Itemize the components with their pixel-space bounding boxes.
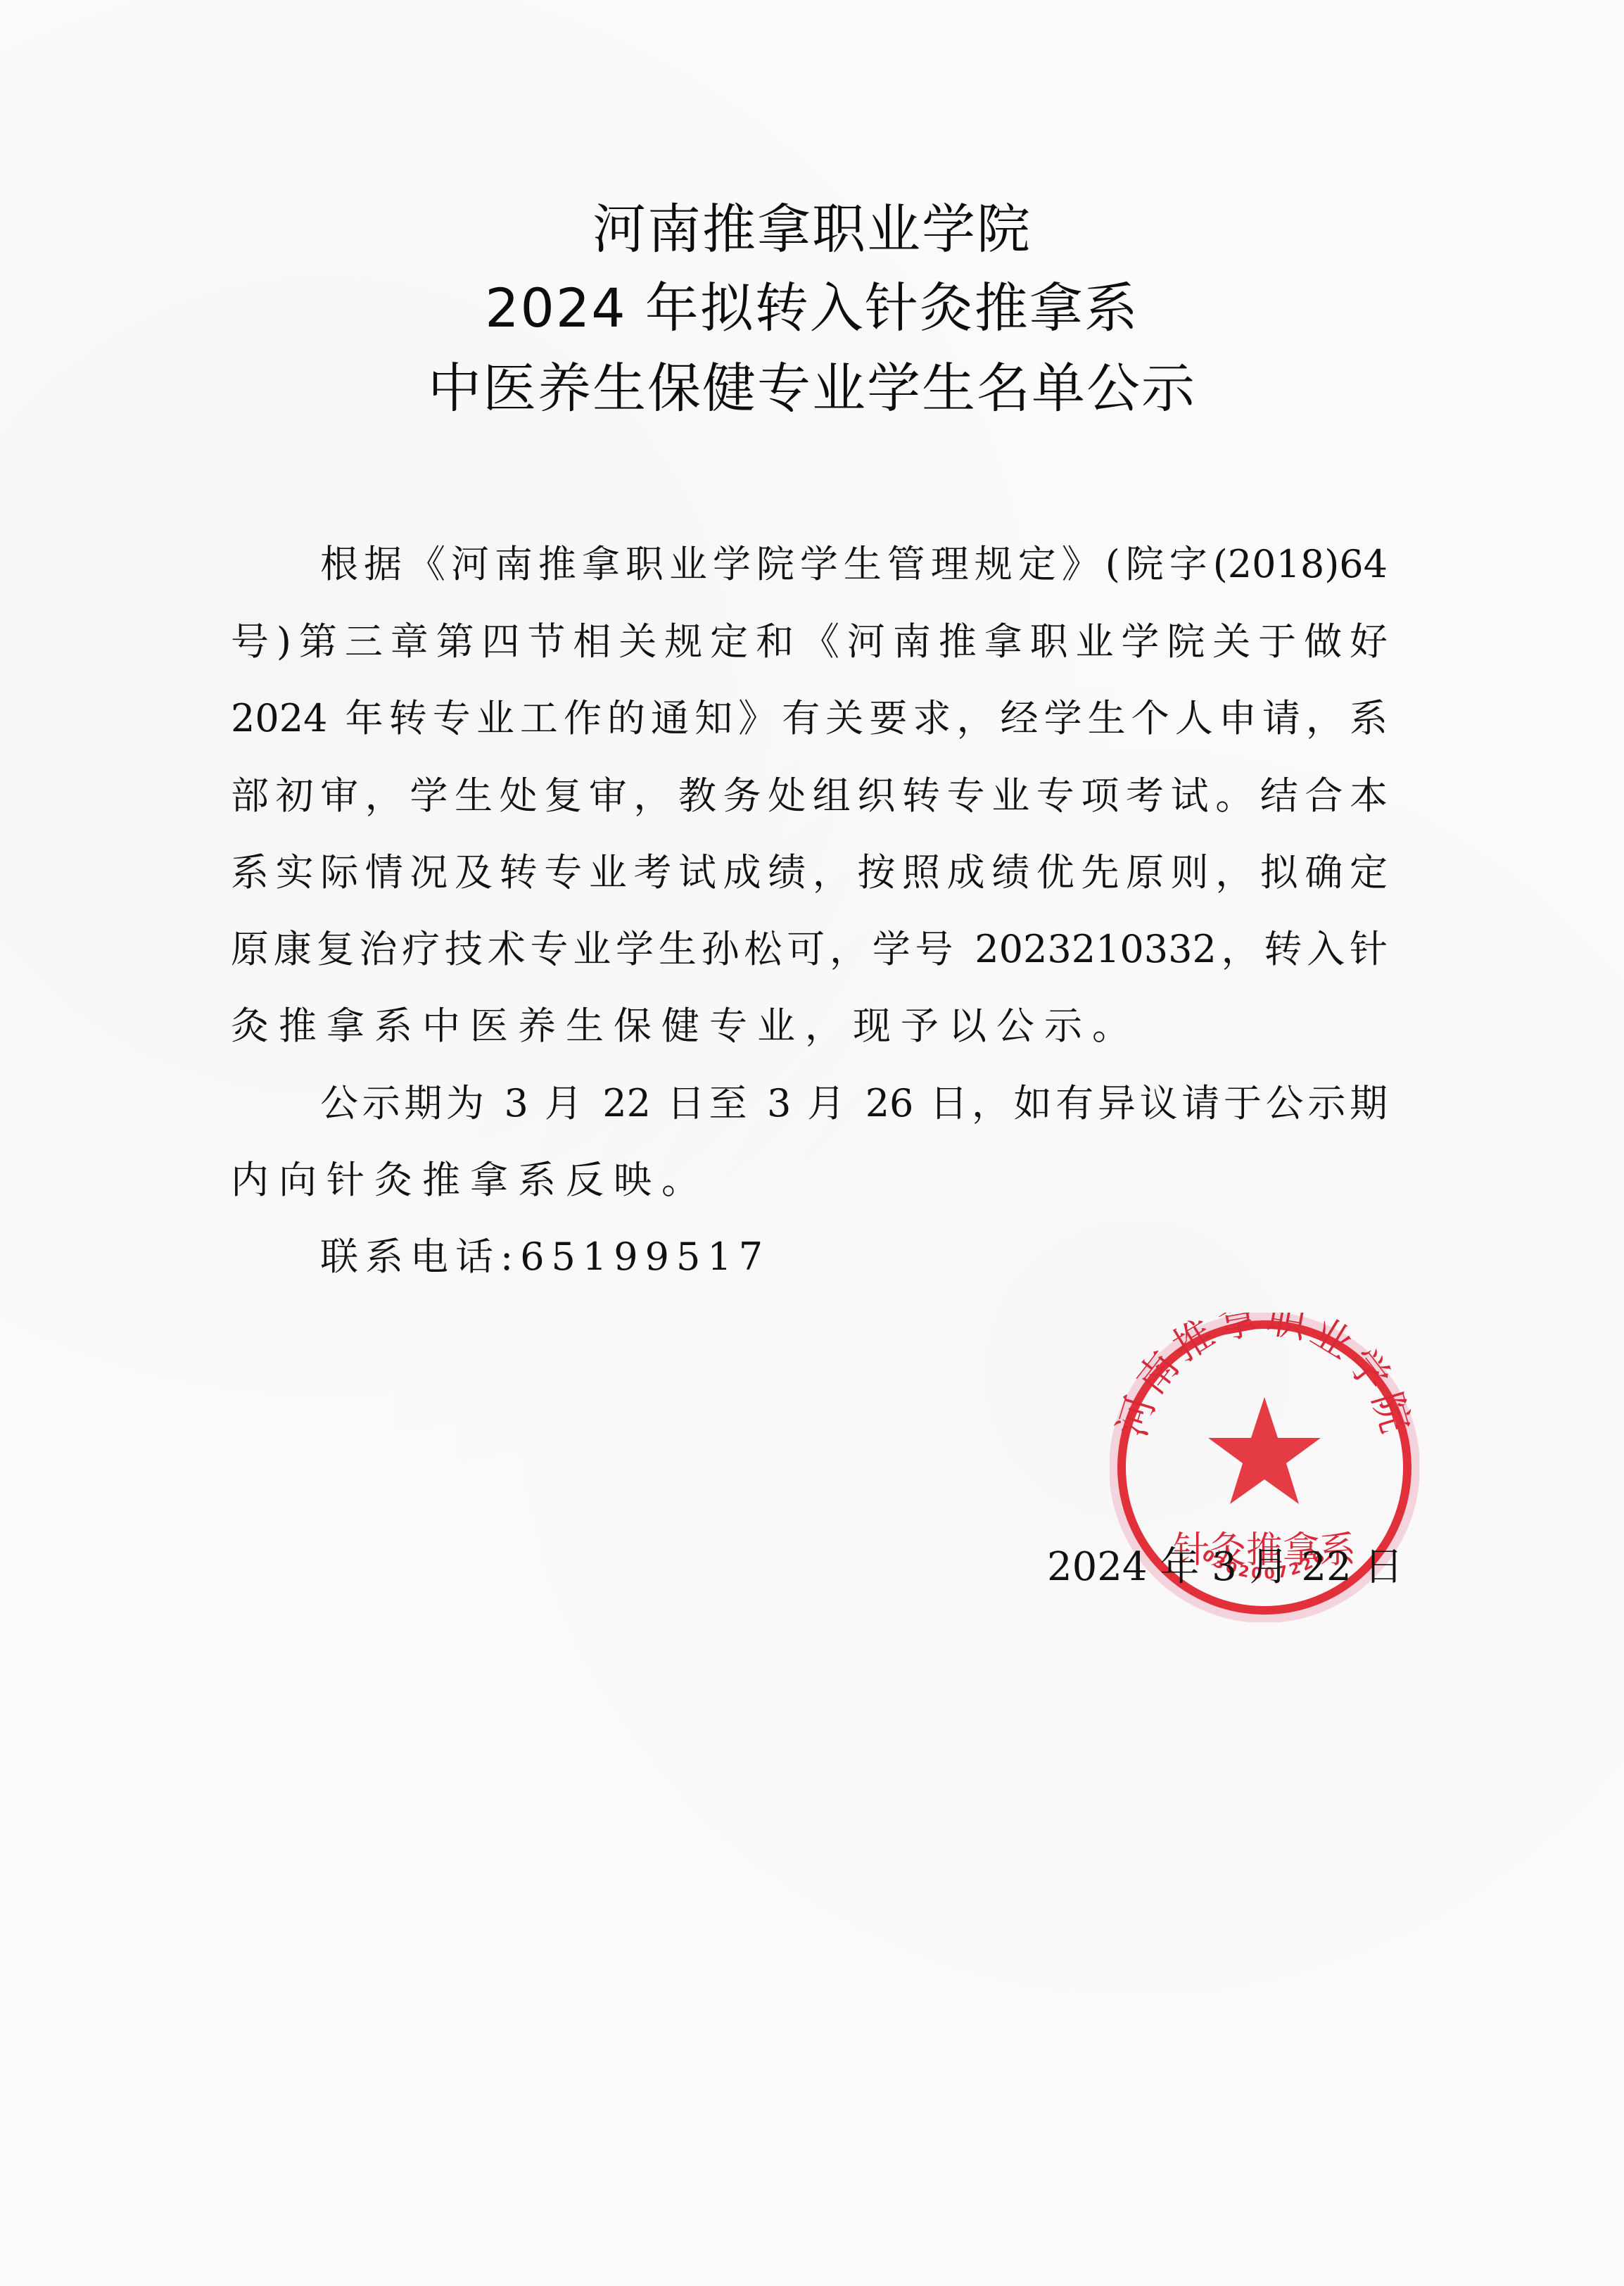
body-line: 根据《河南推拿职业学院学生管理规定》(院字(2018)64: [320, 543, 1388, 586]
title-line-1: 河南推拿职业学院: [0, 201, 1624, 258]
document-date: 2024 年 3 月 22 日: [1047, 1546, 1392, 1589]
body-line: 内向针灸推拿系反映。: [231, 1159, 1388, 1201]
body-line: 系实际情况及转专业考试成绩，按照成绩优先原则，拟确定: [231, 852, 1388, 894]
star-icon: [1208, 1397, 1321, 1504]
body-line: 部初审，学生处复审，教务处组织转专业专项考试。结合本: [231, 775, 1388, 817]
body-line: 灸推拿系中医养生保健专业，现予以公示。: [231, 1005, 1388, 1047]
title-line-2: 2024 年拟转入针灸推拿系: [0, 280, 1624, 336]
body-line: 公示期为 3 月 22 日至 3 月 26 日，如有异议请于公示期: [320, 1082, 1388, 1125]
body-line: 2024 年转专业工作的通知》有关要求，经学生个人申请，系: [231, 697, 1388, 740]
contact-phone: 联系电话:65199517: [320, 1236, 1388, 1278]
title-line-3: 中医养生保健专业学生名单公示: [0, 360, 1624, 417]
body-line: 原康复治疗技术专业学生孙松可，学号 2023210332，转入针: [231, 928, 1388, 971]
body-line: 号)第三章第四节相关规定和《河南推拿职业学院关于做好: [231, 621, 1388, 663]
document-page: 河南推拿职业学院 2024 年拟转入针灸推拿系 中医养生保健专业学生名单公示 根…: [0, 0, 1624, 2286]
